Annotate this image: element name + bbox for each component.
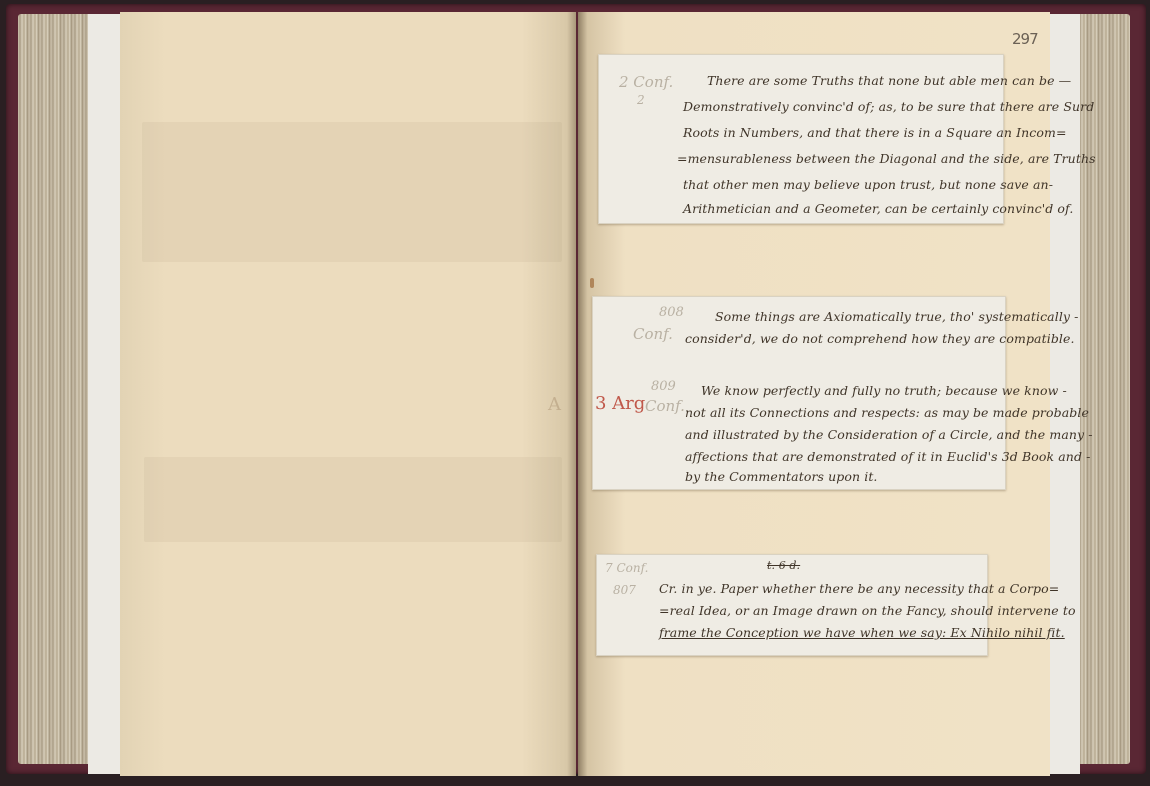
text-line: There are some Truths that none but able…	[707, 73, 1071, 88]
text-line: consider'd, we do not comprehend how the…	[685, 331, 1075, 346]
margin-note: Conf.	[645, 397, 685, 415]
left-guard-sheet	[88, 14, 121, 774]
text-line: =mensurableness between the Diagonal and…	[677, 151, 1096, 166]
show-through-shadow	[144, 457, 562, 542]
text-line: not all its Connections and respects: as…	[685, 405, 1089, 420]
manuscript-slip-4: 7 Conf. 807 t. 6 d. Cr. in ye. Paper whe…	[596, 554, 988, 656]
left-page-edges	[18, 14, 92, 764]
right-page-edges	[1078, 14, 1130, 764]
margin-note: 808	[659, 305, 684, 320]
margin-note: 7 Conf.	[605, 561, 648, 575]
folio-number: 297	[1012, 30, 1038, 48]
margin-note: 2 Conf.	[619, 73, 673, 91]
red-argument-note: 3 Arg	[595, 393, 645, 414]
manuscript-slip-1: 2 Conf. 2 There are some Truths that non…	[598, 54, 1004, 224]
left-page: A	[120, 12, 576, 776]
text-line: affections that are demonstrated of it i…	[685, 449, 1090, 464]
text-line: Roots in Numbers, and that there is in a…	[683, 125, 1067, 140]
text-line: Some things are Axiomatically true, tho'…	[715, 309, 1078, 324]
paper-stain	[590, 278, 594, 288]
text-line: by the Commentators upon it.	[685, 469, 878, 484]
text-line: =real Idea, or an Image drawn on the Fan…	[659, 603, 1076, 618]
manuscript-slip-2: 808 Conf. Some things are Axiomatically …	[592, 296, 1006, 490]
margin-note: 809	[651, 379, 676, 394]
text-line: that other men may believe upon trust, b…	[683, 177, 1053, 192]
ghost-mark: A	[548, 394, 561, 415]
text-line: and illustrated by the Consideration of …	[685, 427, 1093, 442]
margin-note: 807	[613, 583, 636, 597]
text-line: Demonstratively convinc'd of; as, to be …	[683, 99, 1094, 114]
struck-header: t. 6 d.	[767, 559, 800, 572]
margin-note: 2	[637, 93, 645, 107]
text-line: We know perfectly and fully no truth; be…	[701, 383, 1067, 398]
text-line: Cr. in ye. Paper whether there be any ne…	[659, 581, 1059, 596]
text-line: frame the Conception we have when we say…	[659, 625, 1065, 640]
text-line: Arithmetician and a Geometer, can be cer…	[683, 201, 1073, 216]
show-through-shadow	[142, 122, 562, 262]
margin-note: Conf.	[633, 325, 673, 343]
